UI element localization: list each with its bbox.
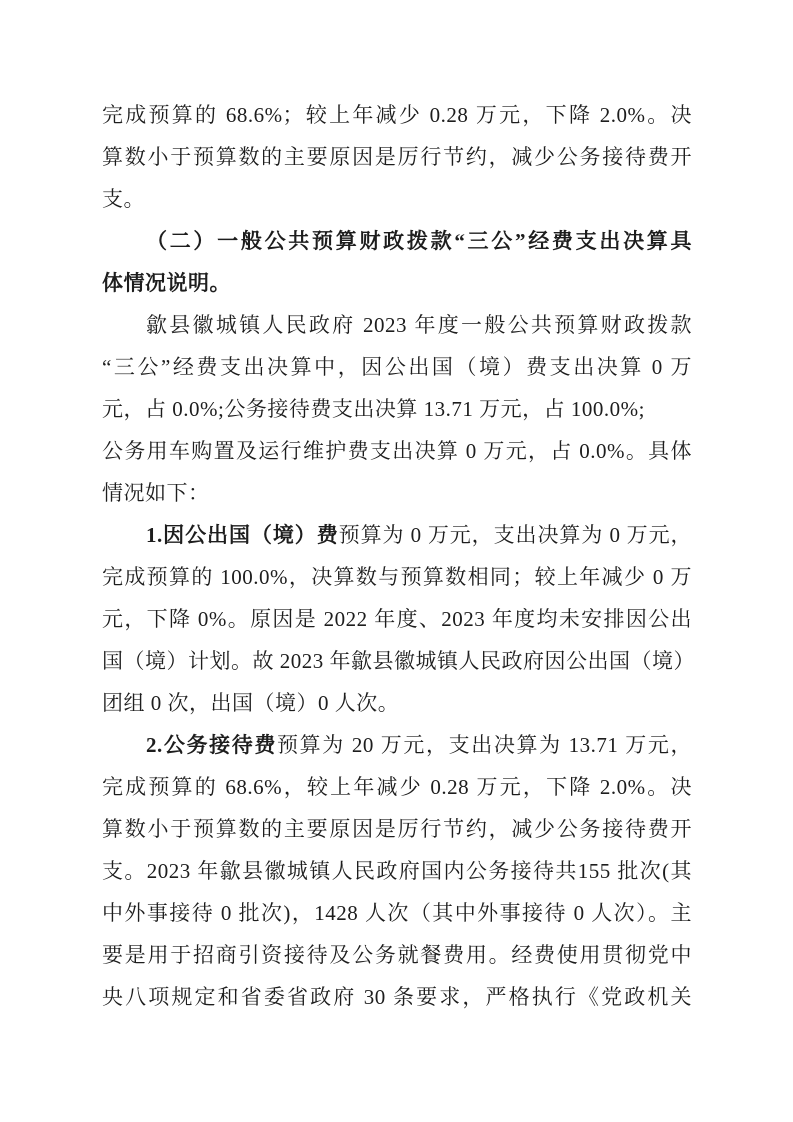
- text-line: 算数小于预算数的主要原因是厉行节约，减少公务接待费开: [102, 808, 692, 850]
- text-line: 支。: [102, 178, 692, 220]
- text-run: 公务用车购置及运行维护费支出决算 0 万元，占 0.0%。具体: [102, 439, 692, 463]
- para-sangong-overview: 歙县徽城镇人民政府 2023 年度一般公共预算财政拨款“三公”经费支出决算中，因…: [102, 304, 692, 514]
- text-run: 预算为 20 万元，支出决算为 13.71 万元，: [277, 733, 692, 757]
- text-line: 歙县徽城镇人民政府 2023 年度一般公共预算财政拨款: [102, 304, 692, 346]
- text-run: 情况如下：: [102, 481, 210, 505]
- heading-section-two: （二）一般公共预算财政拨款“三公”经费支出决算具体情况说明。: [102, 220, 692, 304]
- document-body: 完成预算的 68.6%；较上年减少 0.28 万元，下降 2.0%。决算数小于预…: [102, 94, 692, 1018]
- text-line: 1.因公出国（境）费预算为 0 万元，支出决算为 0 万元，: [102, 514, 692, 556]
- text-line: 体情况说明。: [102, 262, 692, 304]
- bold-text-run: 体情况说明。: [102, 271, 231, 295]
- text-line: （二）一般公共预算财政拨款“三公”经费支出决算具: [102, 220, 692, 262]
- text-line: 元，下降 0%。原因是 2022 年度、2023 年度均未安排因公出: [102, 598, 692, 640]
- text-run: 完成预算的 68.6%，较上年减少 0.28 万元，下降 2.0%。决: [102, 775, 692, 799]
- text-line: 情况如下：: [102, 472, 692, 514]
- text-line: 要是用于招商引资接待及公务就餐费用。经费使用贯彻党中: [102, 934, 692, 976]
- document-page: 完成预算的 68.6%；较上年减少 0.28 万元，下降 2.0%。决算数小于预…: [0, 0, 793, 1122]
- bold-text-run: 1.因公出国（境）费: [146, 523, 339, 547]
- text-line: 国（境）计划。故 2023 年歙县徽城镇人民政府因公出国（境）: [102, 640, 692, 682]
- text-run: 央八项规定和省委省政府 30 条要求，严格执行《党政机关: [102, 985, 692, 1009]
- text-run: 完成预算的 100.0%，决算数与预算数相同；较上年减少 0 万: [102, 565, 692, 589]
- text-line: 完成预算的 68.6%，较上年减少 0.28 万元，下降 2.0%。决: [102, 766, 692, 808]
- text-run: “三公”经费支出决算中，因公出国（境）费支出决算 0 万: [102, 355, 692, 379]
- text-line: 元，占 0.0%;公务接待费支出决算 13.71 万元，占 100.0%;: [102, 388, 692, 430]
- text-line: 完成预算的 100.0%，决算数与预算数相同；较上年减少 0 万: [102, 556, 692, 598]
- text-line: 中外事接待 0 批次)，1428 人次（其中外事接待 0 人次）。主: [102, 892, 692, 934]
- text-run: 算数小于预算数的主要原因是厉行节约，减少公务接待费开: [102, 817, 692, 841]
- text-line: 完成预算的 68.6%；较上年减少 0.28 万元，下降 2.0%。决: [102, 94, 692, 136]
- text-line: 支。2023 年歙县徽城镇人民政府国内公务接待共155 批次(其: [102, 850, 692, 892]
- text-line: 团组 0 次，出国（境）0 人次。: [102, 682, 692, 724]
- text-line: “三公”经费支出决算中，因公出国（境）费支出决算 0 万: [102, 346, 692, 388]
- para-item-1-abroad-fee: 1.因公出国（境）费预算为 0 万元，支出决算为 0 万元，完成预算的 100.…: [102, 514, 692, 724]
- bold-text-run: （二）一般公共预算财政拨款“三公”经费支出决算具: [146, 229, 692, 253]
- text-run: 中外事接待 0 批次)，1428 人次（其中外事接待 0 人次）。主: [102, 901, 692, 925]
- text-line: 算数小于预算数的主要原因是厉行节约，减少公务接待费开: [102, 136, 692, 178]
- text-line: 央八项规定和省委省政府 30 条要求，严格执行《党政机关: [102, 976, 692, 1018]
- text-run: 团组 0 次，出国（境）0 人次。: [102, 691, 399, 715]
- text-run: 歙县徽城镇人民政府 2023 年度一般公共预算财政拨款: [146, 313, 692, 337]
- text-run: 预算为 0 万元，支出决算为 0 万元，: [339, 523, 692, 547]
- bold-text-run: 2.公务接待费: [146, 733, 277, 757]
- text-run: 元，占 0.0%;公务接待费支出决算 13.71 万元，占 100.0%;: [102, 397, 645, 421]
- text-run: 完成预算的 68.6%；较上年减少 0.28 万元，下降 2.0%。决: [102, 103, 692, 127]
- text-run: 国（境）计划。故 2023 年歙县徽城镇人民政府因公出国（境）: [102, 649, 695, 673]
- text-line: 公务用车购置及运行维护费支出决算 0 万元，占 0.0%。具体: [102, 430, 692, 472]
- text-run: 支。2023 年歙县徽城镇人民政府国内公务接待共155 批次(其: [102, 859, 692, 883]
- para-reception-carryover: 完成预算的 68.6%；较上年减少 0.28 万元，下降 2.0%。决算数小于预…: [102, 94, 692, 220]
- text-run: 元，下降 0%。原因是 2022 年度、2023 年度均未安排因公出: [102, 607, 692, 631]
- para-item-2-reception-fee: 2.公务接待费预算为 20 万元，支出决算为 13.71 万元，完成预算的 68…: [102, 724, 692, 1018]
- text-run: 算数小于预算数的主要原因是厉行节约，减少公务接待费开: [102, 145, 692, 169]
- text-run: 要是用于招商引资接待及公务就餐费用。经费使用贯彻党中: [102, 943, 692, 967]
- text-line: 2.公务接待费预算为 20 万元，支出决算为 13.71 万元，: [102, 724, 692, 766]
- text-run: 支。: [102, 187, 145, 211]
